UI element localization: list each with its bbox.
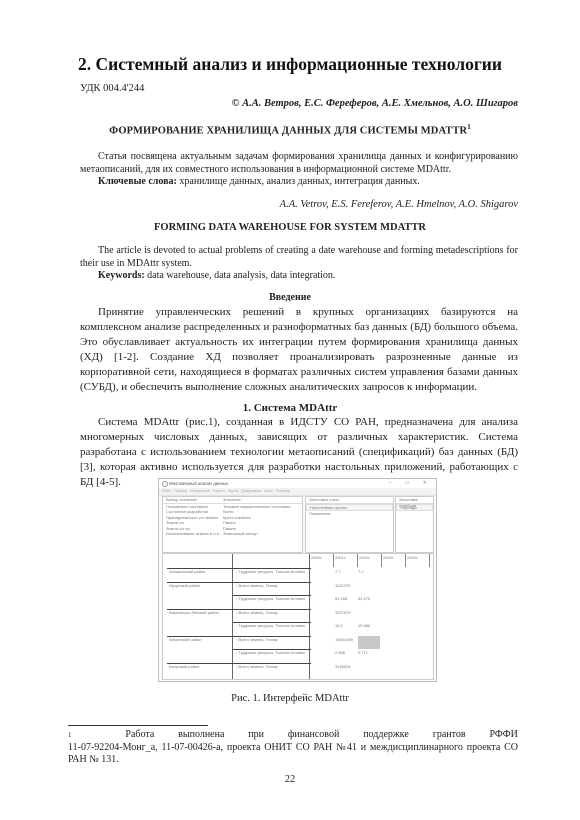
indicator-row-header[interactable]: ▫ Трудовые ресурсы, Тысяча человек bbox=[233, 622, 311, 636]
data-cell[interactable]: 1132370 bbox=[335, 583, 350, 589]
article-title-en: FORMING DATA WAREHOUSE FOR SYSTEM MDATTR bbox=[0, 222, 580, 233]
footnote-word: выполнена bbox=[178, 729, 224, 742]
footnote-word: РФФИ bbox=[489, 729, 517, 742]
indicator-row-header[interactable]: ▫ Всего земель, Гектар bbox=[233, 609, 311, 623]
menu-bar: ФайлПравкаИзмерениеРасчетКартаДиаграммаО… bbox=[159, 488, 436, 496]
data-cell[interactable]: 13901559 bbox=[335, 637, 353, 643]
window-controls-icon: – ▭ ✕ bbox=[389, 480, 433, 486]
abstract-ru: Статья посвящена актуальным задачам форм… bbox=[80, 150, 518, 176]
year-column-header[interactable]: 2000г. bbox=[310, 554, 334, 567]
keywords-ru: Ключевые слова: хранилище данных, анализ… bbox=[80, 176, 518, 187]
indicator-row-header[interactable]: ▫ Трудовые ресурсы, Тысяча человек bbox=[233, 568, 311, 582]
menu-item[interactable]: Расчет bbox=[213, 489, 225, 493]
udk-code: УДК 004.4'244 bbox=[80, 83, 144, 94]
footnote-word: грантов bbox=[433, 729, 466, 742]
indicator-row-header[interactable]: ▫ Всего земель, Гектар bbox=[233, 663, 311, 677]
param-row[interactable]: Использование земель в н.п.Земельный сек… bbox=[163, 531, 302, 536]
data-cell[interactable]: 3146004 bbox=[335, 664, 351, 670]
figure-caption: Рис. 1. Интерфейс MDAttr bbox=[0, 693, 580, 704]
footnote-word: поддержке bbox=[363, 729, 409, 742]
year-column-header[interactable]: 2002г. bbox=[358, 554, 382, 567]
year-column-header[interactable]: 2003г. bbox=[382, 554, 406, 567]
row-header-item[interactable]: Показатели bbox=[306, 511, 393, 516]
data-cell[interactable]: 7,2 bbox=[358, 569, 364, 575]
footnote-word: Работа bbox=[125, 729, 154, 742]
figure-mdattr-screenshot: Многомерный анализ данных – ▭ ✕ ФайлПрав… bbox=[158, 478, 437, 682]
menu-item[interactable]: Окно bbox=[264, 489, 273, 493]
footnote-divider bbox=[68, 725, 208, 726]
footnote-word: при bbox=[248, 729, 264, 742]
intro-heading: Введение bbox=[0, 292, 580, 303]
footnote-mark[interactable]: 1 bbox=[467, 123, 471, 131]
system-heading: 1. Система MDAttr bbox=[0, 402, 580, 414]
menu-item[interactable]: Карта bbox=[228, 489, 238, 493]
footnote-word: финансовой bbox=[288, 729, 339, 742]
menu-item[interactable]: Правка bbox=[174, 489, 187, 493]
region-row-header[interactable]: Заларинский район bbox=[167, 568, 233, 582]
article-title-ru: ФОРМИРОВАНИЕ ХРАНИЛИЩА ДАННЫХ ДЛЯ СИСТЕМ… bbox=[0, 123, 580, 137]
params-panel: Выбор значений Значение Показатели состо… bbox=[162, 496, 303, 553]
authors-en: A.A. Vetrov, E.S. Fereferov, A.E. Hmelno… bbox=[280, 199, 518, 210]
abstract-en: The article is devoted to actual problem… bbox=[80, 244, 518, 270]
indicator-row-header[interactable]: ▫ Трудовые ресурсы, Тысяча человек bbox=[233, 649, 311, 663]
param-value: Земельный сектор bbox=[223, 531, 302, 536]
year-column-header[interactable]: 2001г. bbox=[334, 554, 358, 567]
region-row-header[interactable]: Иркутский район bbox=[167, 582, 233, 609]
window-titlebar: Многомерный анализ данных – ▭ ✕ bbox=[159, 479, 436, 488]
data-cell[interactable]: 15,386 bbox=[358, 623, 370, 629]
intro-paragraph: Принятие управленческих решений в крупны… bbox=[80, 305, 518, 395]
page-number: 22 bbox=[0, 774, 580, 785]
section-title: 2. Системный анализ и информационные тех… bbox=[0, 54, 580, 75]
app-icon bbox=[162, 481, 168, 487]
row-headers-panel: Заголовки строк Населенные пунктыПоказат… bbox=[305, 496, 394, 553]
region-row-header[interactable]: Катангский район bbox=[167, 636, 233, 663]
indicator-row-header[interactable]: ▫ Всего земель, Гектар bbox=[233, 582, 311, 596]
keywords-en: Keywords: data warehouse, data analysis,… bbox=[80, 270, 518, 281]
indicator-row-header[interactable]: ▫ Всего земель, Гектар bbox=[233, 636, 311, 650]
data-grid: 2000г.2001г.2002г.2003г.2004г. Заларинск… bbox=[162, 553, 434, 680]
param-name: Использование земель в н.п. bbox=[163, 531, 223, 536]
column-header-item[interactable]: Периоды bbox=[396, 504, 433, 511]
data-cell[interactable]: 2,596 bbox=[335, 650, 345, 656]
region-row-header[interactable]: Качугский район bbox=[167, 663, 233, 677]
menu-item[interactable]: Помощь bbox=[276, 489, 291, 493]
data-cell[interactable]: 3327579 bbox=[335, 610, 351, 616]
year-column-header[interactable]: 2004г. bbox=[406, 554, 430, 567]
column-headers-panel: Заголовки столбцов Периоды bbox=[395, 496, 434, 553]
data-cell[interactable]: 7,7 bbox=[335, 569, 341, 575]
authors-ru: © А.А. Ветров, Е.С. Фереферов, А.Е. Хмел… bbox=[232, 98, 518, 109]
selected-cell[interactable] bbox=[358, 636, 380, 649]
menu-item[interactable]: Измерение bbox=[190, 489, 210, 493]
footnote: 1Работавыполненаприфинансовойподдержкегр… bbox=[68, 729, 518, 767]
data-cell[interactable]: 15,2 bbox=[335, 623, 343, 629]
data-cell[interactable]: 2,771 bbox=[358, 650, 368, 656]
indicator-row-header[interactable]: ▫ Трудовые ресурсы, Тысяча человек bbox=[233, 595, 311, 609]
menu-item[interactable]: Диаграмма bbox=[241, 489, 261, 493]
region-row-header[interactable]: Казачинско-Ленский район bbox=[167, 609, 233, 636]
data-cell[interactable]: 52,170 bbox=[358, 596, 370, 602]
data-cell[interactable]: 51,398 bbox=[335, 596, 347, 602]
window-title: Многомерный анализ данных bbox=[169, 481, 228, 486]
row-header-item[interactable]: Населенные пункты bbox=[306, 504, 393, 511]
menu-item[interactable]: Файл bbox=[162, 489, 171, 493]
